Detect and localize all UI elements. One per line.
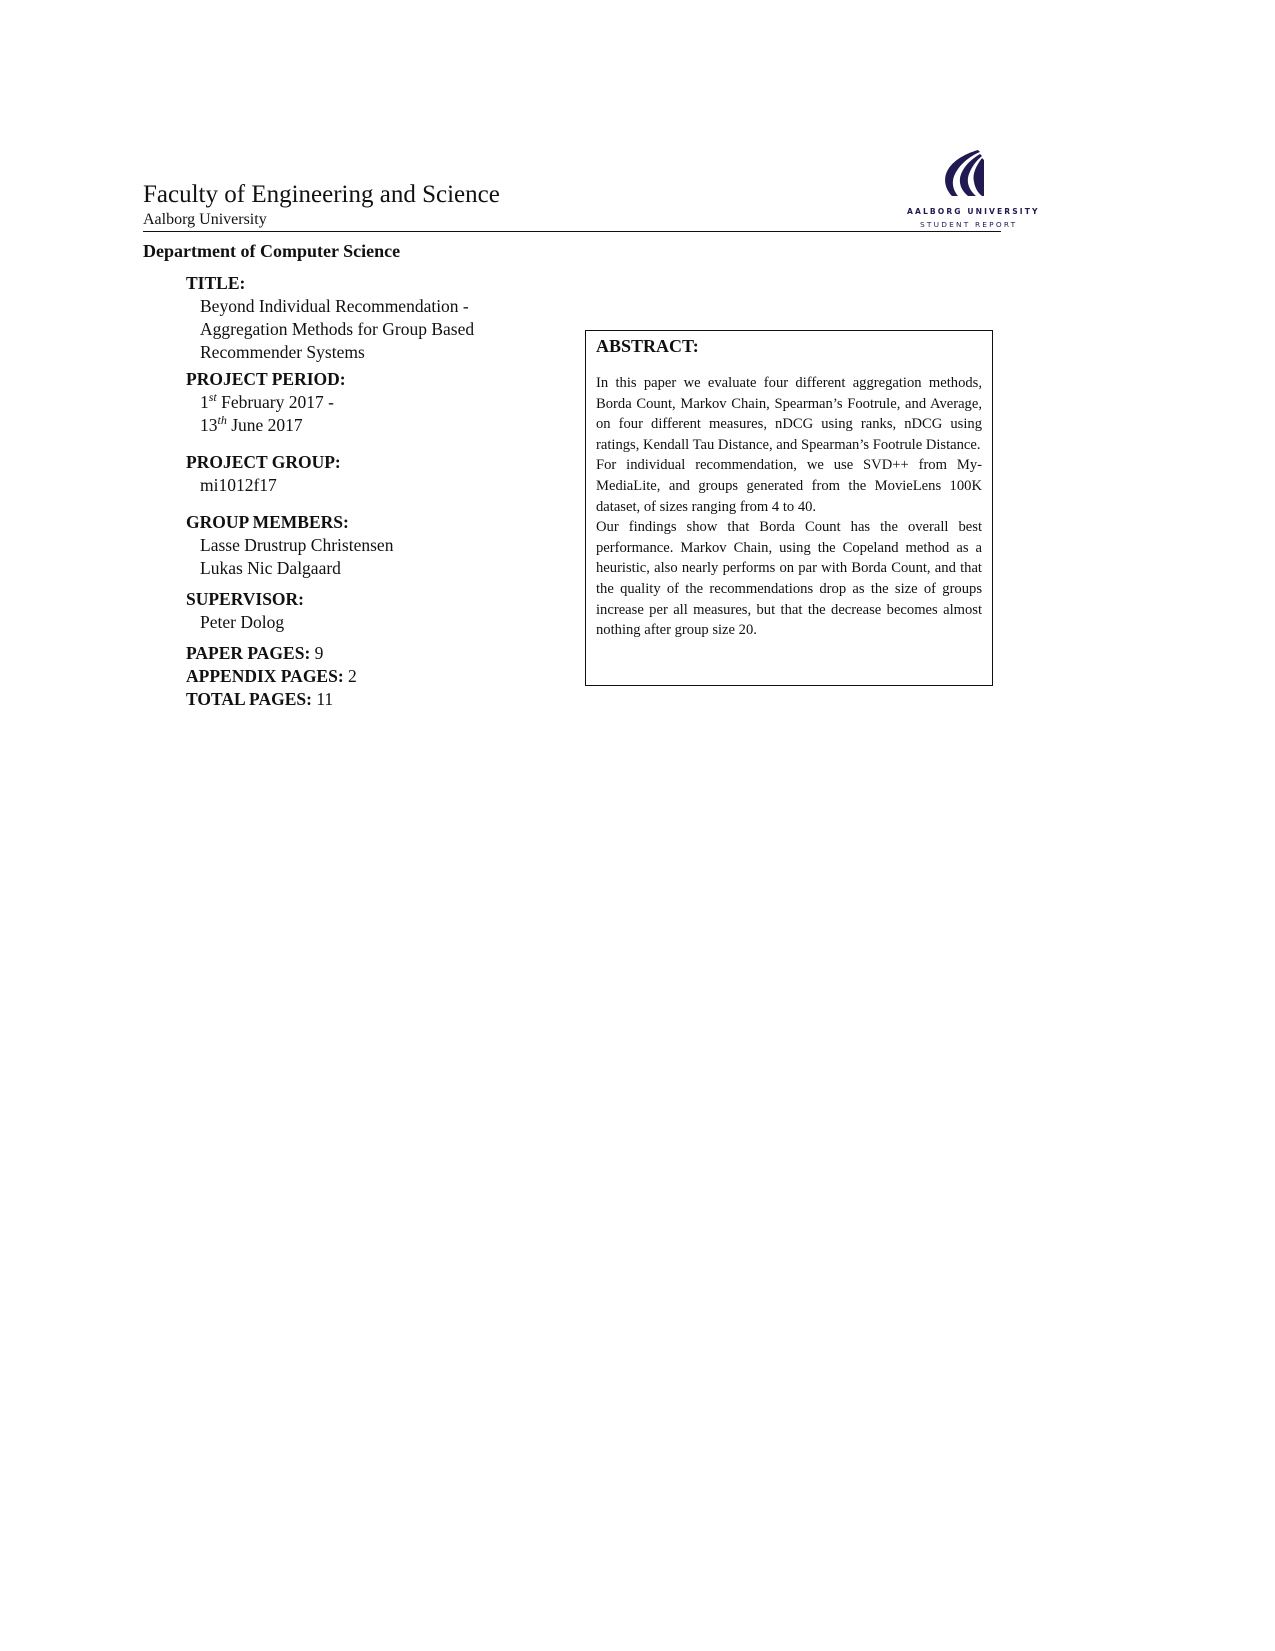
supervisor-label: SUPERVISOR: — [186, 588, 546, 611]
project-info: TITLE: Beyond Individual Recommendation … — [186, 272, 546, 711]
header-rule — [143, 231, 1001, 232]
title-line: Beyond Individual Recommendation - — [186, 295, 546, 318]
abstract-paragraph: Our findings show that Borda Count has t… — [596, 517, 982, 641]
abstract-heading: ABSTRACT: — [596, 334, 699, 358]
aalborg-logo: AALBORG UNIVERSITY STUDENT REPORT — [905, 148, 1030, 233]
total-pages: TOTAL PAGES: 11 — [186, 688, 546, 711]
project-period-label: PROJECT PERIOD: — [186, 368, 546, 391]
title-line: Aggregation Methods for Group Based — [186, 318, 546, 341]
group-member: Lasse Drustrup Christensen — [186, 534, 546, 557]
period-start: 1st February 2017 - — [186, 391, 546, 414]
logo-student-report-text: STUDENT REPORT — [920, 220, 1017, 229]
university-name: Aalborg University — [143, 211, 267, 229]
department-name: Department of Computer Science — [143, 240, 400, 262]
faculty-title: Faculty of Engineering and Science — [143, 180, 500, 210]
group-member: Lukas Nic Dalgaard — [186, 557, 546, 580]
appendix-pages: APPENDIX PAGES: 2 — [186, 665, 546, 688]
title-label: TITLE: — [186, 272, 546, 295]
abstract-box: ABSTRACT: In this paper we evaluate four… — [585, 330, 993, 686]
title-line: Recommender Systems — [186, 341, 546, 364]
supervisor-value: Peter Dolog — [186, 611, 546, 634]
period-end: 13th June 2017 — [186, 414, 546, 437]
aalborg-wave-icon — [938, 148, 984, 198]
project-group-label: PROJECT GROUP: — [186, 451, 546, 474]
project-group-value: mi1012f17 — [186, 474, 546, 497]
abstract-paragraph: For individual recommendation, we use SV… — [596, 455, 982, 517]
group-members-label: GROUP MEMBERS: — [186, 511, 546, 534]
paper-pages: PAPER PAGES: 9 — [186, 642, 546, 665]
logo-university-text: AALBORG UNIVERSITY — [907, 207, 1040, 216]
abstract-body: In this paper we evaluate four different… — [596, 373, 982, 641]
abstract-paragraph: In this paper we evaluate four different… — [596, 373, 982, 455]
